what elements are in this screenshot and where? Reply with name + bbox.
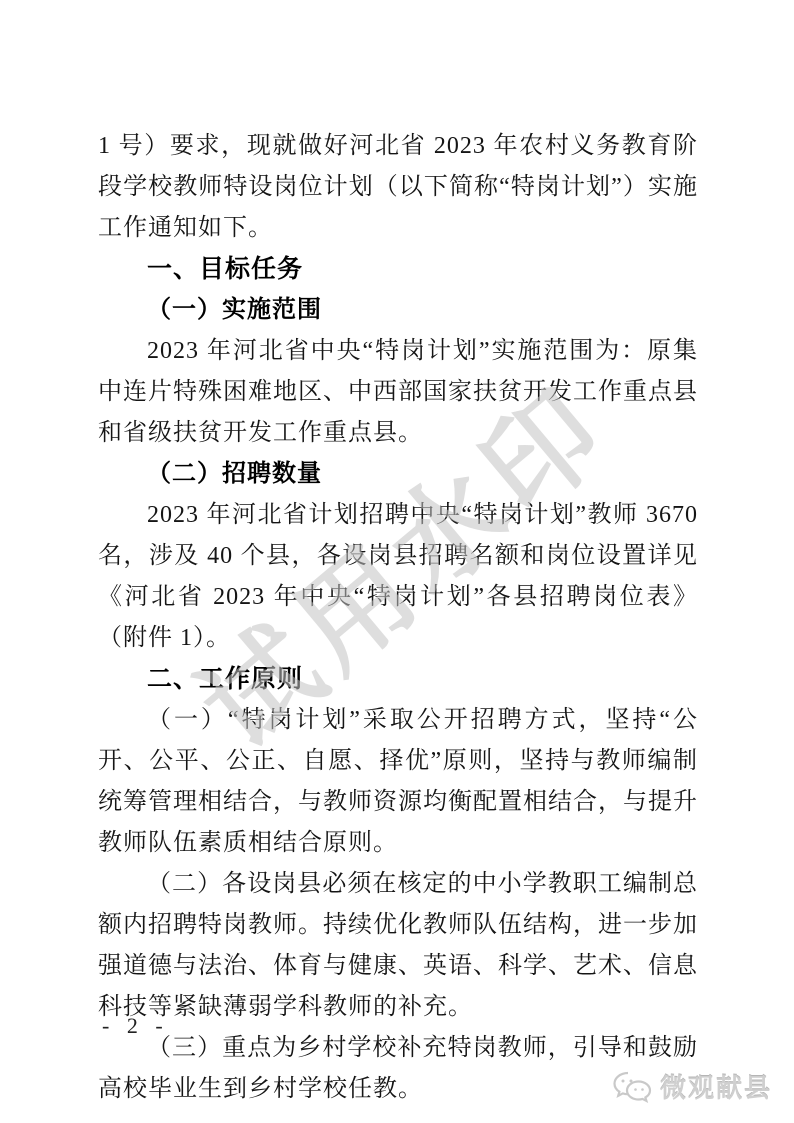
footer-logo: 微观献县 [612, 1068, 772, 1105]
paragraph: 2023 年河北省计划招聘中央“特岗计划”教师 3670 名，涉及 40 个县，… [98, 495, 698, 659]
wechat-icon [612, 1070, 652, 1104]
heading1: 一、目标任务 [98, 249, 698, 290]
heading1: 二、工作原则 [98, 659, 698, 700]
page-number: - 2 - [102, 1013, 169, 1039]
paragraph: （一）“特岗计划”采取公开招聘方式，坚持“公开、公平、公正、自愿、择优”原则，坚… [98, 700, 698, 864]
paragraph: 2023 年河北省中央“特岗计划”实施范围为：原集中连片特殊困难地区、中西部国家… [98, 331, 698, 454]
footer-logo-text: 微观献县 [660, 1068, 772, 1105]
document-body: 1 号）要求，现就做好河北省 2023 年农村义务教育阶段学校教师特设岗位计划（… [98, 126, 698, 1110]
heading2: （一）实施范围 [98, 290, 698, 331]
paragraph: 1 号）要求，现就做好河北省 2023 年农村义务教育阶段学校教师特设岗位计划（… [98, 126, 698, 249]
heading2: （二）招聘数量 [98, 454, 698, 495]
document-page: 1 号）要求，现就做好河北省 2023 年农村义务教育阶段学校教师特设岗位计划（… [0, 0, 794, 1123]
paragraph: （三）重点为乡村学校补充特岗教师，引导和鼓励高校毕业生到乡村学校任教。 [98, 1028, 698, 1110]
paragraph: （二）各设岗县必须在核定的中小学教职工编制总额内招聘特岗教师。持续优化教师队伍结… [98, 864, 698, 1028]
